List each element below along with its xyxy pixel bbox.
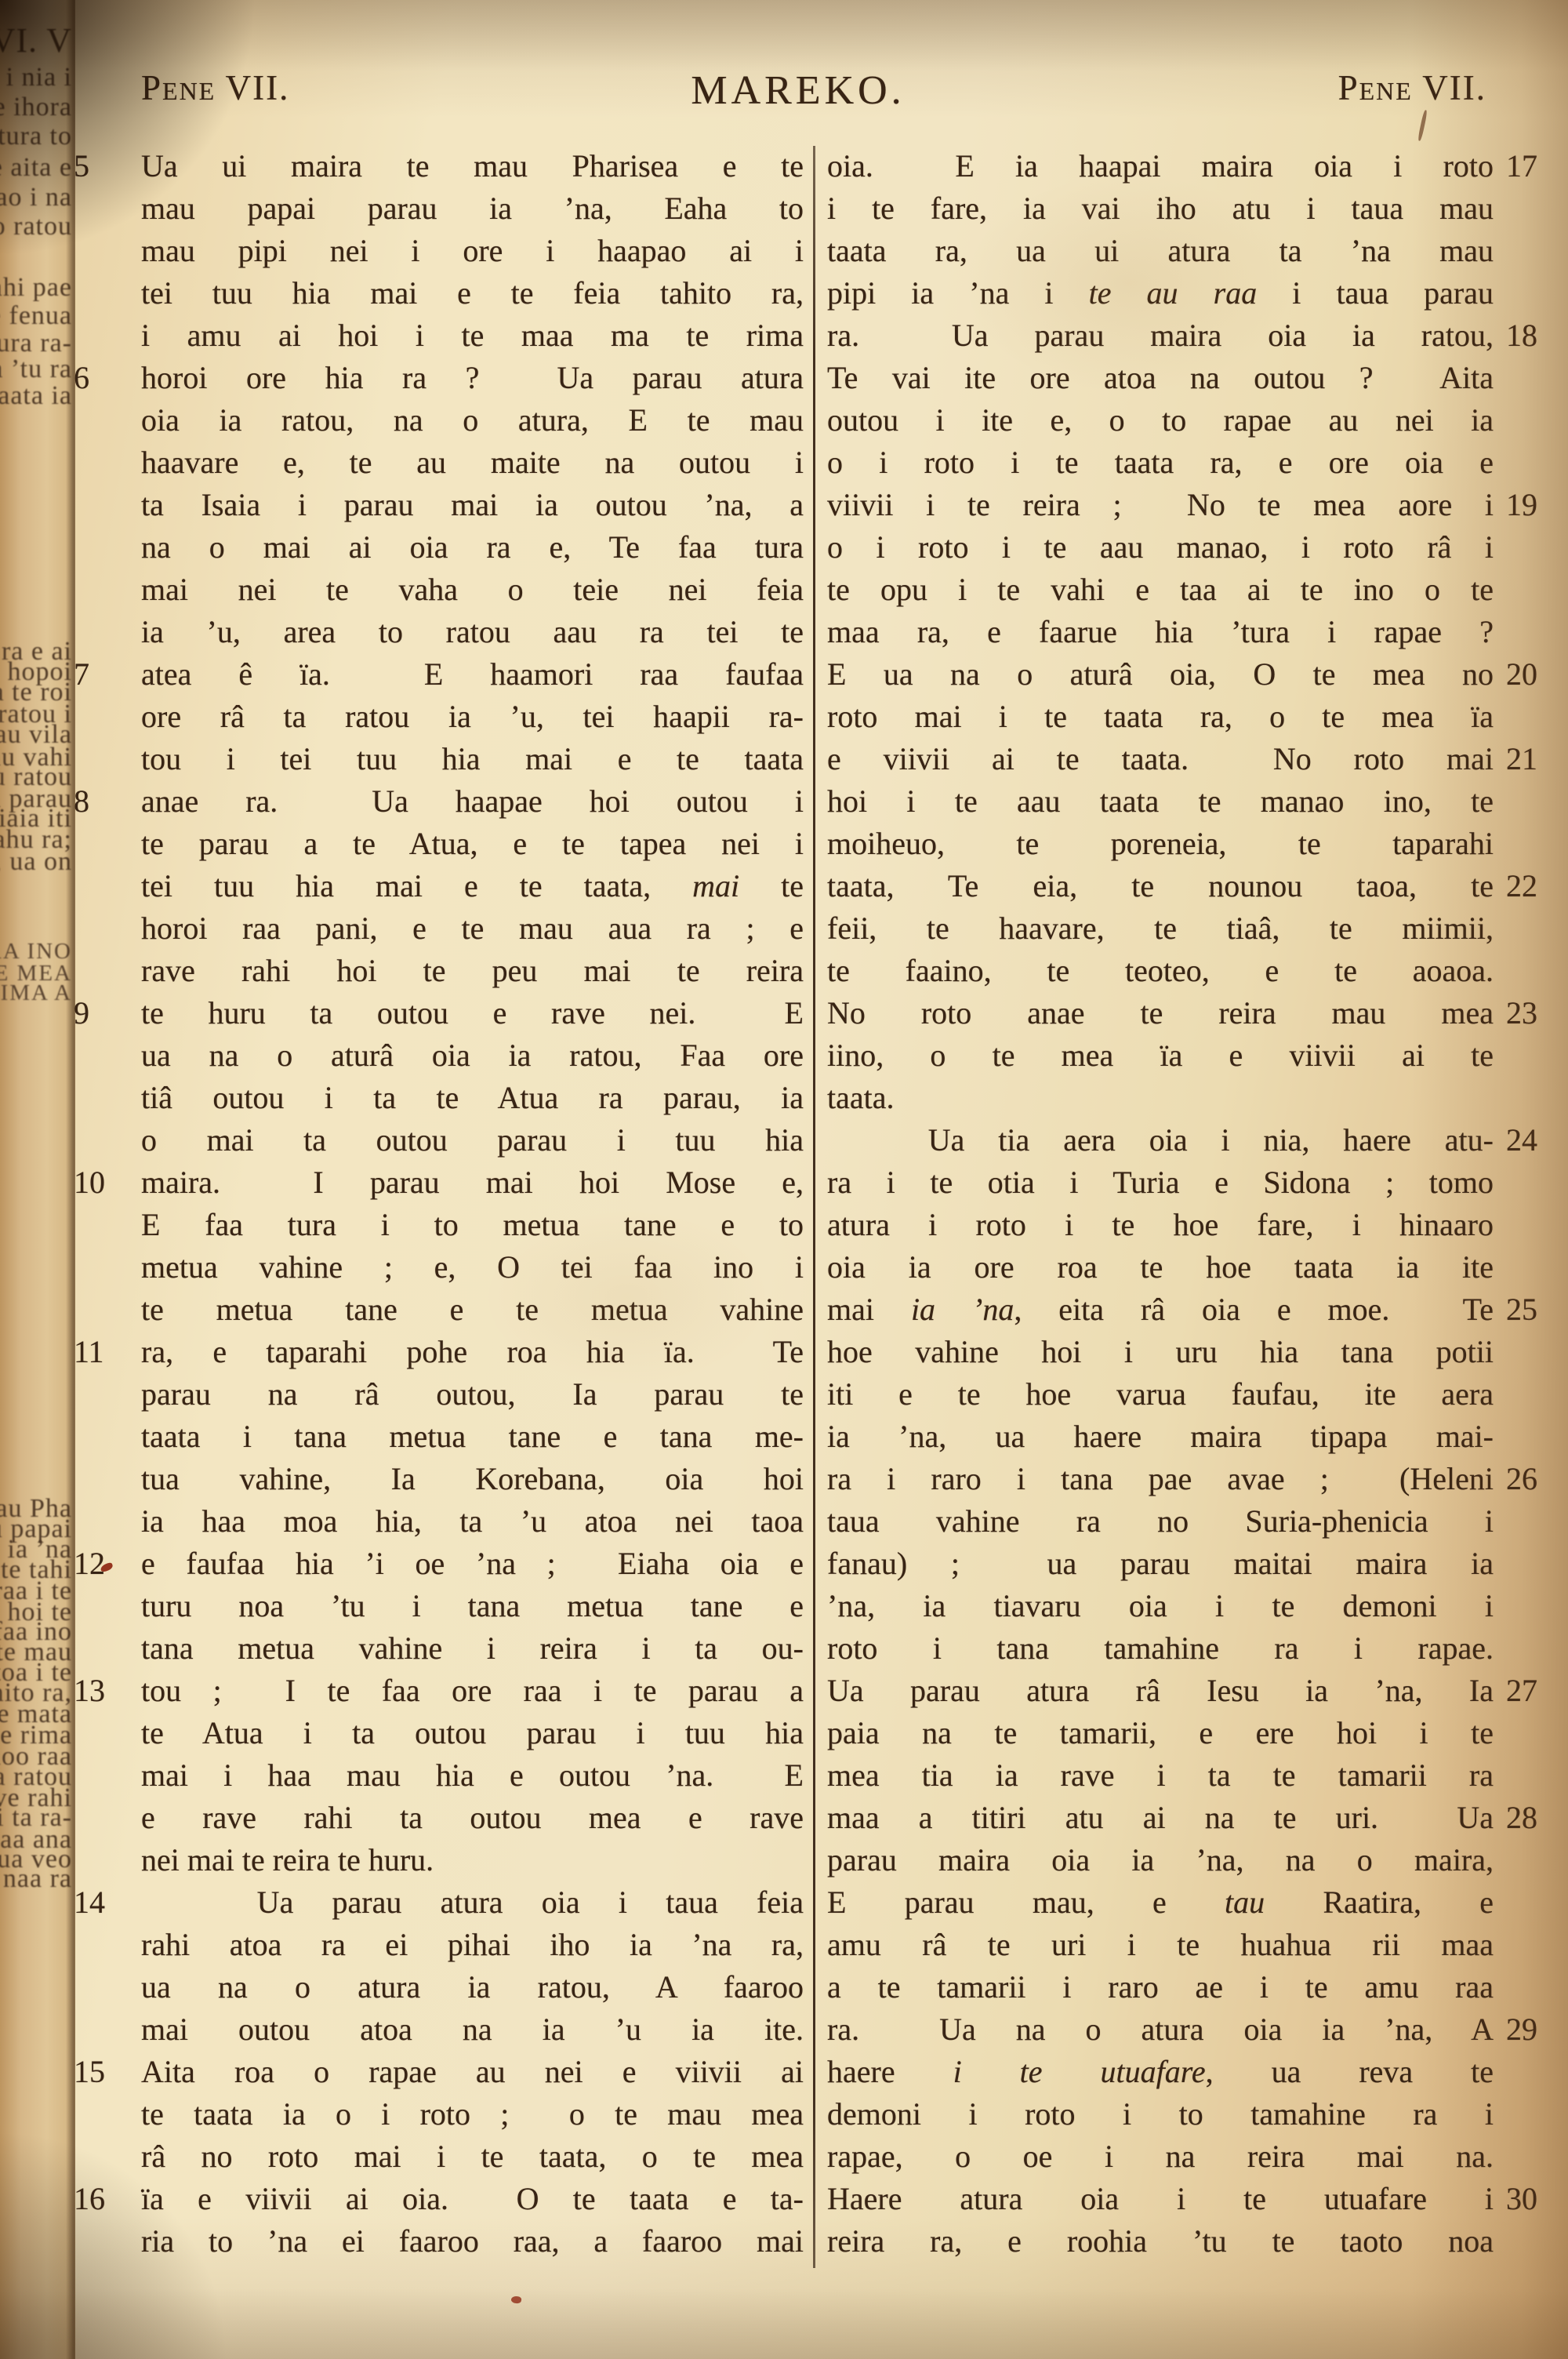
verse-text: ta Isaia i parau mai ia outou ’na, a: [141, 487, 804, 522]
verse-line: 10maira. I parau mai hoi Mose e,: [141, 1161, 804, 1204]
verse-line: mau papai parau ia ’na, Eaha to: [141, 187, 804, 230]
verse-line: 25mai ia ’na, eita râ oia e moe. Te: [827, 1289, 1494, 1331]
verse-text: tiâ outou i ta te Atua ra parau, ia: [141, 1080, 804, 1115]
verse-text: oia ia ratou, na o atura, E te mau: [141, 402, 804, 438]
verse-text: te Atua i ta outou parau i tuu hia: [141, 1715, 804, 1750]
verse-number: 6: [74, 357, 130, 399]
verse-text: te huru ta outou e rave nei. E: [141, 995, 804, 1030]
verse-line: 12e faufaa hia ’i oe ’na ; Eiaha oia e: [141, 1543, 804, 1585]
verse-line: reira ra, e roohia ’tu te taoto noa: [827, 2220, 1494, 2263]
verse-text: ra. Ua na o atura oia ia ’na, A: [827, 2012, 1494, 2047]
verse-line: taata i tana metua tane e tana me-: [141, 1416, 804, 1458]
verse-line: paia na te tamarii, e ere hoi i te: [827, 1712, 1494, 1754]
verse-line: tei tuu hia mai e te taata, mai te: [141, 865, 804, 907]
verse-text: e rave rahi ta outou mea e rave: [141, 1800, 804, 1835]
verse-text: rave rahi hoi te peu mai te reira: [141, 953, 804, 988]
verse-number: 15: [74, 2051, 130, 2093]
verse-text: fanau) ; ua parau maitai maira ia: [827, 1546, 1494, 1581]
verse-number: 17: [1506, 145, 1568, 187]
verse-line: te Atua i ta outou parau i tuu hia: [141, 1712, 804, 1754]
verse-line: parau na râ outou, Ia parau te: [141, 1373, 804, 1416]
running-head-left: Pene VII.: [141, 67, 289, 114]
verse-text: Ua tia aera oia i nia, haere atu-: [827, 1122, 1494, 1158]
verse-number: 25: [1506, 1289, 1568, 1331]
verse-line: turu noa ’tu i tana metua tane e: [141, 1585, 804, 1627]
facing-page-text-fragment: te fenua: [0, 301, 72, 331]
verse-line: e rave rahi ta outou mea e rave: [141, 1797, 804, 1839]
verse-text: ïa e viivii ai oia. O te taata e ta-: [141, 2181, 804, 2216]
verse-number: 8: [74, 780, 130, 823]
verse-line: 5Ua ui maira te mau Pharisea e te: [141, 145, 804, 187]
verse-text: parau maira oia ia ’na, na o maira,: [827, 1842, 1494, 1877]
verse-line: ria to ’na ei faaroo raa, a faaroo mai: [141, 2220, 804, 2263]
verse-text: pipi ia ’na i te au raa i taua parau: [827, 275, 1494, 311]
verse-number: 19: [1506, 484, 1568, 526]
verse-text: te taata ia o i roto ; o te mau mea: [141, 2096, 804, 2132]
verse-text: outou i ite e, o to rapae au nei ia: [827, 402, 1494, 438]
verse-line: ia ’u, area to ratou aau ra tei te: [141, 611, 804, 653]
verse-text: a te tamarii i raro ae i te amu raa: [827, 1969, 1494, 2005]
verse-text: i amu ai hoi i te maa ma te rima: [141, 318, 804, 353]
verse-line: 20E ua na o aturâ oia, O te mea no: [827, 653, 1494, 696]
verse-text: i te fare, ia vai iho atu i taua mau: [827, 191, 1494, 226]
verse-number: 21: [1506, 738, 1568, 780]
verse-text: mai i haa mau hia e outou ’na. E: [141, 1757, 804, 1793]
verse-text: amu râ te uri i te huahua rii maa: [827, 1927, 1494, 1962]
verse-text: te metua tane e te metua vahine: [141, 1292, 804, 1327]
verse-text: turu noa ’tu i tana metua tane e: [141, 1588, 804, 1623]
verse-text: mau pipi nei i ore i haapao ai i: [141, 233, 804, 268]
verse-text: anae ra. Ua haapae hoi outou i: [141, 783, 804, 819]
verse-line: taata.: [827, 1077, 1494, 1119]
verse-line: 7atea ê ïa. E haamori raa faufaa: [141, 653, 804, 696]
verse-text: ra i raro i tana pae avae ; (Heleni: [827, 1461, 1494, 1496]
verse-line: 29ra. Ua na o atura oia ia ’na, A: [827, 2008, 1494, 2051]
verse-text: ra, e taparahi pohe roa hia ïa. Te: [141, 1334, 804, 1369]
verse-text: oia ia ore roa te hoe taata ia ite: [827, 1249, 1494, 1285]
running-head-right: Pene VII.: [1338, 67, 1486, 114]
verse-line: pipi ia ’na i te au raa i taua parau: [827, 272, 1494, 314]
column-divider-rule: [813, 146, 815, 2268]
verse-text: tua vahine, Ia Korebana, oia hoi: [141, 1461, 804, 1496]
verse-text: nei mai te reira te huru.: [141, 1842, 434, 1877]
verse-text: atura i roto i te hoe fare, i hinaaro: [827, 1207, 1494, 1242]
verse-text: o mai ta outou parau i tuu hia: [141, 1122, 804, 1158]
verse-text: te opu i te vahi e taa ai te ino o te: [827, 572, 1494, 607]
verse-text: mai outou atoa na ia ’u ia ite.: [141, 2012, 804, 2047]
verse-number: 7: [74, 653, 130, 696]
verse-line: 27Ua parau atura râ Iesu ia ’na, Ia: [827, 1670, 1494, 1712]
verse-text: e viivii ai te taata. No roto mai: [827, 741, 1494, 776]
facing-page-text-fragment: e aita e: [0, 153, 72, 183]
facing-page-edge: E VI. Via i nia ihe ihora’tura toe aita …: [0, 0, 75, 2359]
verse-text: taua vahine ra no Suria-phenicia i: [827, 1503, 1494, 1539]
verse-text: o i roto i te aau manao, i roto râ i: [827, 529, 1494, 565]
verse-line: 26ra i raro i tana pae avae ; (Heleni: [827, 1458, 1494, 1500]
verse-text: na o mai ai oia ra e, Te faa tura: [141, 529, 804, 565]
verse-line: te opu i te vahi e taa ai te ino o te: [827, 569, 1494, 611]
verse-line: tiâ outou i ta te Atua ra parau, ia: [141, 1077, 804, 1119]
verse-line: te metua tane e te metua vahine: [141, 1289, 804, 1331]
verse-line: ore râ ta ratou ia ’u, tei haapii ra-: [141, 696, 804, 738]
verse-number: 14: [74, 1881, 130, 1924]
verse-line: ia ’na, ua haere maira tipapa mai-: [827, 1416, 1494, 1458]
text-column-left: 5Ua ui maira te mau Pharisea e temau pap…: [141, 145, 804, 2263]
verse-line: outou i ite e, o to rapae au nei ia: [827, 399, 1494, 442]
verse-text: tei tuu hia mai e te feia tahito ra,: [141, 275, 804, 311]
verse-line: 17oia. E ia haapai maira oia i roto: [827, 145, 1494, 187]
verse-line: ia haa moa hia, ta ’u atoa nei taoa: [141, 1500, 804, 1543]
verse-text: feii, te haavare, te tiaâ, te miimii,: [827, 911, 1494, 946]
verse-line: 9te huru ta outou e rave nei. E: [141, 992, 804, 1034]
verse-line: rahi atoa ra ei pihai iho ia ’na ra,: [141, 1924, 804, 1966]
verse-number: 30: [1506, 2178, 1568, 2220]
verse-line: nei mai te reira te huru.: [141, 1839, 804, 1881]
verse-number: 27: [1506, 1670, 1568, 1712]
verse-number: 23: [1506, 992, 1568, 1034]
verse-number: 12: [74, 1543, 130, 1585]
verse-text: ia ’na, ua haere maira tipapa mai-: [827, 1419, 1494, 1454]
verse-text: horoi raa pani, e te mau aua ra ; e: [141, 911, 804, 946]
facing-page-text-fragment: E VI. V: [0, 20, 72, 60]
verse-text: taata i tana metua tane e tana me-: [141, 1419, 804, 1454]
verse-line: feii, te haavare, te tiaâ, te miimii,: [827, 907, 1494, 950]
verse-number: 26: [1506, 1458, 1568, 1500]
verse-text: taata, Te eia, te nounou taoa, te: [827, 868, 1494, 903]
verse-line: hoi i te aau taata te manao ino, te: [827, 780, 1494, 823]
verse-line: o i roto i te taata ra, e ore oia e: [827, 442, 1494, 484]
verse-line: 8anae ra. Ua haapae hoi outou i: [141, 780, 804, 823]
verse-text: roto i tana tamahine ra i rapae.: [827, 1630, 1494, 1666]
page-title: MAREKO.: [691, 67, 905, 114]
verse-text: Ua parau atura râ Iesu ia ’na, Ia: [827, 1673, 1494, 1708]
verse-text: mau papai parau ia ’na, Eaha to: [141, 191, 804, 226]
verse-text: taata ra, ua ui atura ta ’na mau: [827, 233, 1494, 268]
verse-line: rapae, o oe i na reira mai na.: [827, 2135, 1494, 2178]
verse-text: taata.: [827, 1080, 895, 1115]
verse-line: ’na, ia tiavaru oia i te demoni i: [827, 1585, 1494, 1627]
verse-text: tou i tei tuu hia mai e te taata: [141, 741, 804, 776]
verse-text: te faaino, te teoteo, e te aoaoa.: [827, 953, 1494, 988]
verse-text: mai ia ’na, eita râ oia e moe. Te: [827, 1292, 1494, 1327]
verse-number: 24: [1506, 1119, 1568, 1161]
verse-line: oia ia ratou, na o atura, E te mau: [141, 399, 804, 442]
verse-text: ’na, ia tiavaru oia i te demoni i: [827, 1588, 1494, 1623]
verse-text: Te vai ite ore atoa na outou ? Aita: [827, 360, 1494, 395]
verse-text: viivii i te reira ; No te mea aore i: [827, 487, 1494, 522]
verse-line: na o mai ai oia ra e, Te faa tura: [141, 526, 804, 569]
verse-text: No roto anae te reira mau mea: [827, 995, 1494, 1030]
verse-text: roto mai i te taata ra, o te mea ïa: [827, 699, 1494, 734]
facing-page-text-fragment: tahi pae: [0, 273, 72, 303]
verse-line: 28maa a titiri atu ai na te uri. Ua: [827, 1797, 1494, 1839]
verse-text: te parau a te Atua, e te tapea nei i: [141, 826, 804, 861]
verse-line: moiheuo, te poreneia, te taparahi: [827, 823, 1494, 865]
facing-page-text-fragment: ia i nia i: [0, 63, 72, 93]
verse-line: hoe vahine hoi i uru hia tana potii: [827, 1331, 1494, 1373]
verse-line: 23No roto anae te reira mau mea: [827, 992, 1494, 1034]
verse-line: ta Isaia i parau mai ia outou ’na, a: [141, 484, 804, 526]
verse-line: 18ra. Ua parau maira oia ia ratou,: [827, 314, 1494, 357]
verse-line: metua vahine ; e, O tei faa ino i: [141, 1246, 804, 1289]
verse-text: Aita roa o rapae au nei e viivii ai: [141, 2054, 804, 2089]
verse-line: E parau mau, e tau Raatira, e: [827, 1881, 1494, 1924]
verse-line: oia ia ore roa te hoe taata ia ite: [827, 1246, 1494, 1289]
book-page-photo: E VI. Via i nia ihe ihora’tura toe aita …: [0, 0, 1568, 2359]
verse-line: i te fare, ia vai iho atu i taua mau: [827, 187, 1494, 230]
verse-text: maa a titiri atu ai na te uri. Ua: [827, 1800, 1494, 1835]
verse-line: roto mai i te taata ra, o te mea ïa: [827, 696, 1494, 738]
verse-text: metua vahine ; e, O tei faa ino i: [141, 1249, 804, 1285]
verse-text: mea tia ia rave i ta te tamarii ra: [827, 1757, 1494, 1793]
verse-number: 10: [74, 1161, 130, 1204]
verse-text: ria to ’na ei faaroo raa, a faaroo mai: [141, 2223, 804, 2259]
verse-text: ra. Ua parau maira oia ia ratou,: [827, 318, 1494, 353]
verse-line: ra i te otia i Turia e Sidona ; tomo: [827, 1161, 1494, 1204]
verse-line: taata ra, ua ui atura ta ’na mau: [827, 230, 1494, 272]
verse-line: mai i haa mau hia e outou ’na. E: [141, 1754, 804, 1797]
verse-number: 16: [74, 2178, 130, 2220]
verse-line: 16ïa e viivii ai oia. O te taata e ta-: [141, 2178, 804, 2220]
verse-text: ra i te otia i Turia e Sidona ; tomo: [827, 1165, 1494, 1200]
verse-line: 13tou ; I te faa ore raa i te parau a: [141, 1670, 804, 1712]
verse-number: 9: [74, 992, 130, 1034]
verse-line: roto i tana tamahine ra i rapae.: [827, 1627, 1494, 1670]
verse-line: atura i roto i te hoe fare, i hinaaro: [827, 1204, 1494, 1246]
verse-text: iino, o te mea ïa e viivii ai te: [827, 1038, 1494, 1073]
verse-line: 19viivii i te reira ; No te mea aore i: [827, 484, 1494, 526]
verse-line: parau maira oia ia ’na, na o maira,: [827, 1839, 1494, 1881]
facing-page-text-fragment: he ihora: [0, 93, 72, 122]
verse-text: E faa tura i to metua tane e to: [141, 1207, 804, 1242]
verse-text: haere i te utuafare, ua reva te: [827, 2054, 1494, 2089]
verse-text: ua na o atura ia ratou, A faaroo: [141, 1969, 804, 2005]
verse-text: tou ; I te faa ore raa i te parau a: [141, 1673, 804, 1708]
verse-line: 14 Ua parau atura oia i taua feia: [141, 1881, 804, 1924]
verse-text: tei tuu hia mai e te taata, mai te: [141, 868, 804, 903]
verse-number: 13: [74, 1670, 130, 1712]
verse-line: o i roto i te aau manao, i roto râ i: [827, 526, 1494, 569]
verse-line: tana metua vahine i reira i ta ou-: [141, 1627, 804, 1670]
facing-page-text-fragment: RIMA A: [0, 980, 72, 1006]
facing-page-text-fragment: ’tura to: [0, 122, 72, 151]
verse-text: haavare e, te au maite na outou i: [141, 445, 804, 480]
facing-page-text-fragment: naa ra: [3, 1864, 72, 1894]
verse-text: Ua parau atura oia i taua feia: [141, 1885, 804, 1920]
verse-line: ua na o aturâ oia ia ratou, Faa ore: [141, 1034, 804, 1077]
facing-page-text-fragment: e taata ia: [0, 381, 72, 411]
facing-page-text-fragment: anao i na: [0, 183, 72, 213]
verse-text: atea ê ïa. E haamori raa faufaa: [141, 656, 804, 692]
verse-line: rave rahi hoi te peu mai te reira: [141, 950, 804, 992]
verse-text: râ no roto mai i te taata, o te mea: [141, 2139, 804, 2174]
verse-line: fanau) ; ua parau maitai maira ia: [827, 1543, 1494, 1585]
verse-line: ua na o atura ia ratou, A faaroo: [141, 1966, 804, 2008]
verse-text: rapae, o oe i na reira mai na.: [827, 2139, 1494, 2174]
facing-page-text-fragment: to ratou: [0, 212, 72, 242]
verse-line: râ no roto mai i te taata, o te mea: [141, 2135, 804, 2178]
verse-text: Ua ui maira te mau Pharisea e te: [141, 148, 804, 184]
verse-line: te faaino, te teoteo, e te aoaoa.: [827, 950, 1494, 992]
verse-number: 28: [1506, 1797, 1568, 1839]
bible-page: Pene VII. MAREKO. Pene VII. 5Ua ui maira…: [75, 0, 1568, 2359]
verse-number: 20: [1506, 653, 1568, 696]
verse-text: parau na râ outou, Ia parau te: [141, 1376, 804, 1412]
verse-line: mai outou atoa na ia ’u ia ite.: [141, 2008, 804, 2051]
verse-line: amu râ te uri i te huahua rii maa: [827, 1924, 1494, 1966]
verse-line: 15Aita roa o rapae au nei e viivii ai: [141, 2051, 804, 2093]
verse-text: horoi ore hia ra ? Ua parau atura: [141, 360, 804, 395]
verse-line: haavare e, te au maite na outou i: [141, 442, 804, 484]
verse-text: paia na te tamarii, e ere hoi i te: [827, 1715, 1494, 1750]
verse-text: rahi atoa ra ei pihai iho ia ’na ra,: [141, 1927, 804, 1962]
verse-line: tua vahine, Ia Korebana, oia hoi: [141, 1458, 804, 1500]
verse-line: taua vahine ra no Suria-phenicia i: [827, 1500, 1494, 1543]
verse-text: ia ’u, area to ratou aau ra tei te: [141, 614, 804, 649]
verse-text: hoi i te aau taata te manao ino, te: [827, 783, 1494, 819]
verse-text: ore râ ta ratou ia ’u, tei haapii ra-: [141, 699, 804, 734]
verse-number: 29: [1506, 2008, 1568, 2051]
verse-text: E parau mau, e tau Raatira, e: [827, 1885, 1494, 1920]
verse-line: i amu ai hoi i te maa ma te rima: [141, 314, 804, 357]
verse-line: tou i tei tuu hia mai e te taata: [141, 738, 804, 780]
verse-line: mai nei te vaha o teie nei feia: [141, 569, 804, 611]
verse-line: iino, o te mea ïa e viivii ai te: [827, 1034, 1494, 1077]
verse-text: o i roto i te taata ra, e ore oia e: [827, 445, 1494, 480]
verse-number: 11: [74, 1331, 130, 1373]
verse-number: 18: [1506, 314, 1568, 357]
verse-line: te parau a te Atua, e te tapea nei i: [141, 823, 804, 865]
verse-text: ua na o aturâ oia ia ratou, Faa ore: [141, 1038, 804, 1073]
facing-page-text-fragment: aa ’tu ra: [0, 354, 72, 384]
verse-line: 6horoi ore hia ra ? Ua parau atura: [141, 357, 804, 399]
verse-line: a te tamarii i raro ae i te amu raa: [827, 1966, 1494, 2008]
verse-text: hoe vahine hoi i uru hia tana potii: [827, 1334, 1494, 1369]
verse-text: maa ra, e faarue hia ’tura i rapae ?: [827, 614, 1494, 649]
verse-line: haere i te utuafare, ua reva te: [827, 2051, 1494, 2093]
verse-text: moiheuo, te poreneia, te taparahi: [827, 826, 1494, 861]
verse-text: demoni i roto i to tamahine ra i: [827, 2096, 1494, 2132]
verse-text: e faufaa hia ’i oe ’na ; Eiaha oia e: [141, 1546, 804, 1581]
verse-text: ia haa moa hia, ta ’u atoa nei taoa: [141, 1503, 804, 1539]
facing-page-text-fragment: , ua on: [0, 847, 72, 877]
verse-line: maa ra, e faarue hia ’tura i rapae ?: [827, 611, 1494, 653]
verse-text: maira. I parau mai hoi Mose e,: [141, 1165, 804, 1200]
verse-line: 30Haere atura oia i te utuafare i: [827, 2178, 1494, 2220]
verse-number: 5: [74, 145, 130, 187]
verse-text: reira ra, e roohia ’tu te taoto noa: [827, 2223, 1494, 2259]
verse-line: 21e viivii ai te taata. No roto mai: [827, 738, 1494, 780]
verse-line: tei tuu hia mai e te feia tahito ra,: [141, 272, 804, 314]
verse-line: 22taata, Te eia, te nounou taoa, te: [827, 865, 1494, 907]
verse-line: E faa tura i to metua tane e to: [141, 1204, 804, 1246]
verse-text: mai nei te vaha o teie nei feia: [141, 572, 804, 607]
verse-line: mea tia ia rave i ta te tamarii ra: [827, 1754, 1494, 1797]
verse-line: 24 Ua tia aera oia i nia, haere atu-: [827, 1119, 1494, 1161]
verse-text: oia. E ia haapai maira oia i roto: [827, 148, 1494, 184]
verse-text: E ua na o aturâ oia, O te mea no: [827, 656, 1494, 692]
verse-line: te taata ia o i roto ; o te mau mea: [141, 2093, 804, 2135]
verse-line: Te vai ite ore atoa na outou ? Aita: [827, 357, 1494, 399]
verse-text: tana metua vahine i reira i ta ou-: [141, 1630, 804, 1666]
verse-line: mau pipi nei i ore i haapao ai i: [141, 230, 804, 272]
verse-line: demoni i roto i to tamahine ra i: [827, 2093, 1494, 2135]
verse-text: Haere atura oia i te utuafare i: [827, 2181, 1494, 2216]
verse-number: 22: [1506, 865, 1568, 907]
verse-line: horoi raa pani, e te mau aua ra ; e: [141, 907, 804, 950]
verse-line: 11ra, e taparahi pohe roa hia ïa. Te: [141, 1331, 804, 1373]
verse-line: o mai ta outou parau i tuu hia: [141, 1119, 804, 1161]
text-column-right: 17oia. E ia haapai maira oia i rotoi te …: [827, 145, 1494, 2263]
verse-text: iti e te hoe varua faufau, ite aera: [827, 1376, 1494, 1412]
verse-line: iti e te hoe varua faufau, ite aera: [827, 1373, 1494, 1416]
